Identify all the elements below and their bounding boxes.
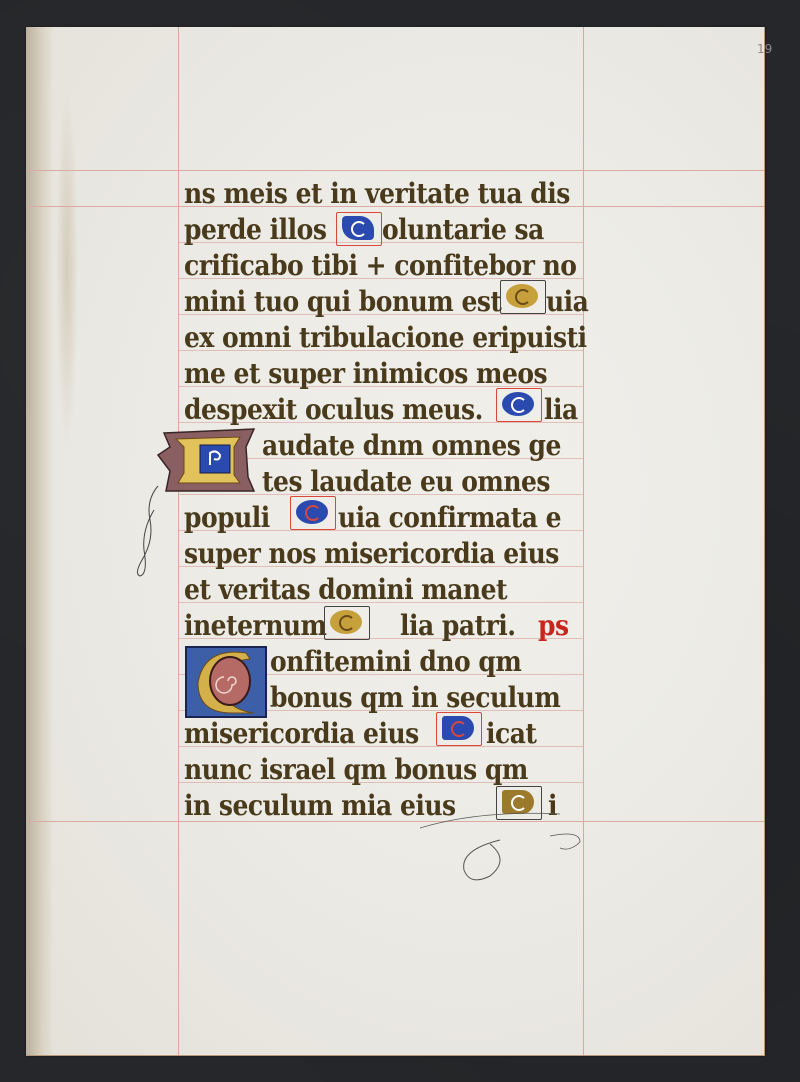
text-line: super nos misericordia eius <box>184 534 559 574</box>
text-line: audate dnm omnes ge <box>262 426 561 466</box>
text-line: in seculum mia eius <box>184 786 456 826</box>
text-line: me et super inimicos meos <box>184 354 547 394</box>
text-line-continuation: uia <box>546 282 588 322</box>
text-line-continuation: oluntarie sa <box>382 210 544 250</box>
illuminated-initial-c <box>184 643 268 721</box>
text-line: mini tuo qui bonum est <box>184 282 501 322</box>
initial-q-blue <box>290 496 336 530</box>
text-line: bonus qm in seculum <box>270 678 560 718</box>
edge-stain <box>26 27 54 1055</box>
initial-g-gold <box>324 606 370 640</box>
initial-v-blue <box>336 212 382 246</box>
text-line: ineternum <box>184 606 327 646</box>
text-line-continuation: lia <box>544 390 578 430</box>
text-line-continuation: icat <box>486 714 536 754</box>
left-margin-flourish <box>128 480 168 580</box>
text-line: perde illos <box>184 210 326 250</box>
text-line: et veritas domini manet <box>184 570 507 610</box>
text-line-continuation: uia confirmata e <box>338 498 561 538</box>
text-line: ex omni tribulacione eripuisti <box>184 318 587 358</box>
text-line: ns meis et in veritate tua dis <box>184 174 570 214</box>
text-line: nunc israel qm bonus qm <box>184 750 528 790</box>
water-stain <box>56 87 78 447</box>
text-line-continuation: lia patri. <box>400 606 516 646</box>
folio-number: 19 <box>757 42 772 56</box>
initial-g-blue <box>496 388 542 422</box>
text-line: onfitemini dno qm <box>270 642 521 682</box>
text-line: populi <box>184 498 270 538</box>
bottom-catchword-flourish <box>420 800 600 890</box>
initial-d-blue <box>436 712 482 746</box>
illuminated-initial-l <box>154 425 260 495</box>
ruling-vertical-left <box>178 27 179 1055</box>
initial-q-gold <box>500 280 546 314</box>
rubric-ps: ps <box>538 606 569 646</box>
text-line: misericordia eius <box>184 714 419 754</box>
ruling-vertical-right <box>583 27 584 1055</box>
ruling-horizontal-top <box>26 170 764 171</box>
